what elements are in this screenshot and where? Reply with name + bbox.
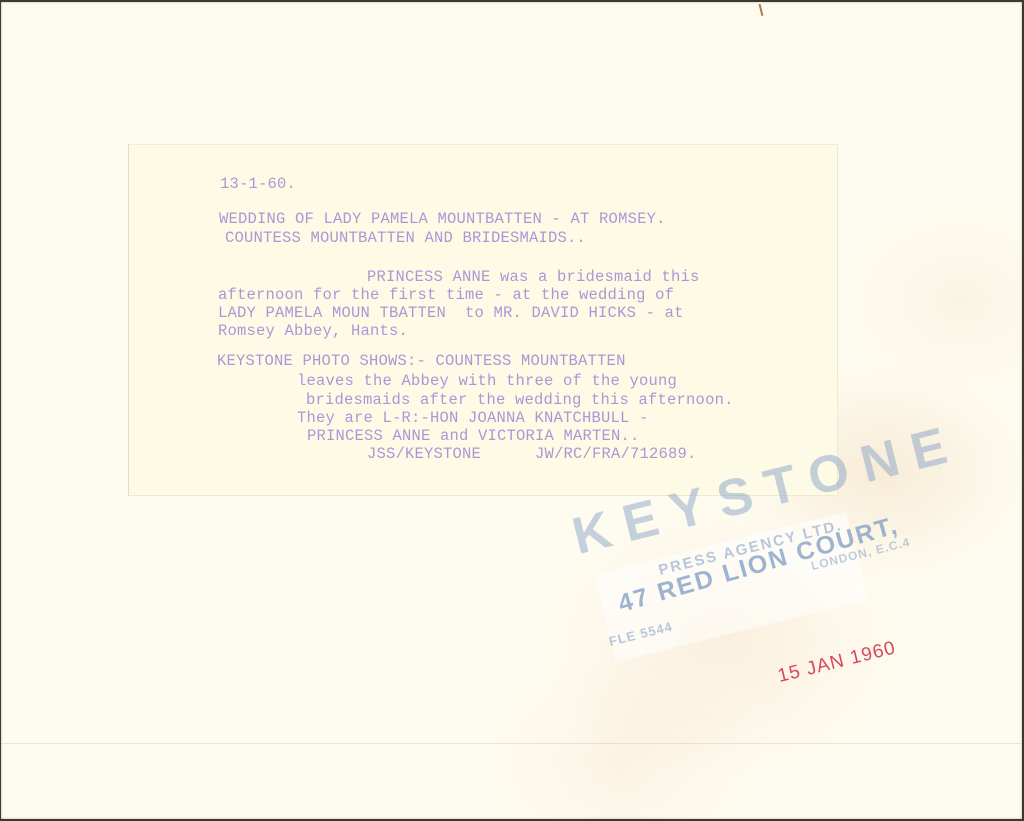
- photo-shows-line: KEYSTONE PHOTO SHOWS:- COUNTESS MOUNTBAT…: [217, 352, 626, 370]
- caption-body-line: afternoon for the first time - at the we…: [218, 286, 674, 304]
- photo-back-paper: 13-1-60. WEDDING OF LADY PAMELA MOUNTBAT…: [1, 2, 1022, 819]
- photo-credit: JSS/KEYSTONE: [367, 445, 481, 463]
- caption-headline-line1: WEDDING OF LADY PAMELA MOUNTBATTEN - AT …: [219, 210, 666, 228]
- photo-shows-line: PRINCESS ANNE and VICTORIA MARTEN..: [307, 427, 640, 445]
- caption-body-line: Romsey Abbey, Hants.: [218, 322, 408, 340]
- caption-date: 13-1-60.: [220, 175, 296, 193]
- date-received-stamp: 15 JAN 1960: [776, 637, 899, 688]
- photo-reference-number: JW/RC/FRA/712689.: [535, 445, 697, 463]
- caption-body-line: LADY PAMELA MOUN TBATTEN to MR. DAVID HI…: [218, 304, 684, 322]
- pencil-mark: [759, 4, 764, 16]
- photo-shows-line: bridesmaids after the wedding this after…: [306, 391, 734, 409]
- caption-headline-line2: COUNTESS MOUNTBATTEN AND BRIDESMAIDS..: [225, 229, 586, 247]
- caption-body-line: PRINCESS ANNE was a bridesmaid this: [367, 268, 700, 286]
- photo-shows-line: leaves the Abbey with three of the young: [297, 372, 677, 390]
- crease-line: [1, 743, 1022, 744]
- photo-shows-line: They are L-R:-HON JOANNA KNATCHBULL -: [297, 409, 649, 427]
